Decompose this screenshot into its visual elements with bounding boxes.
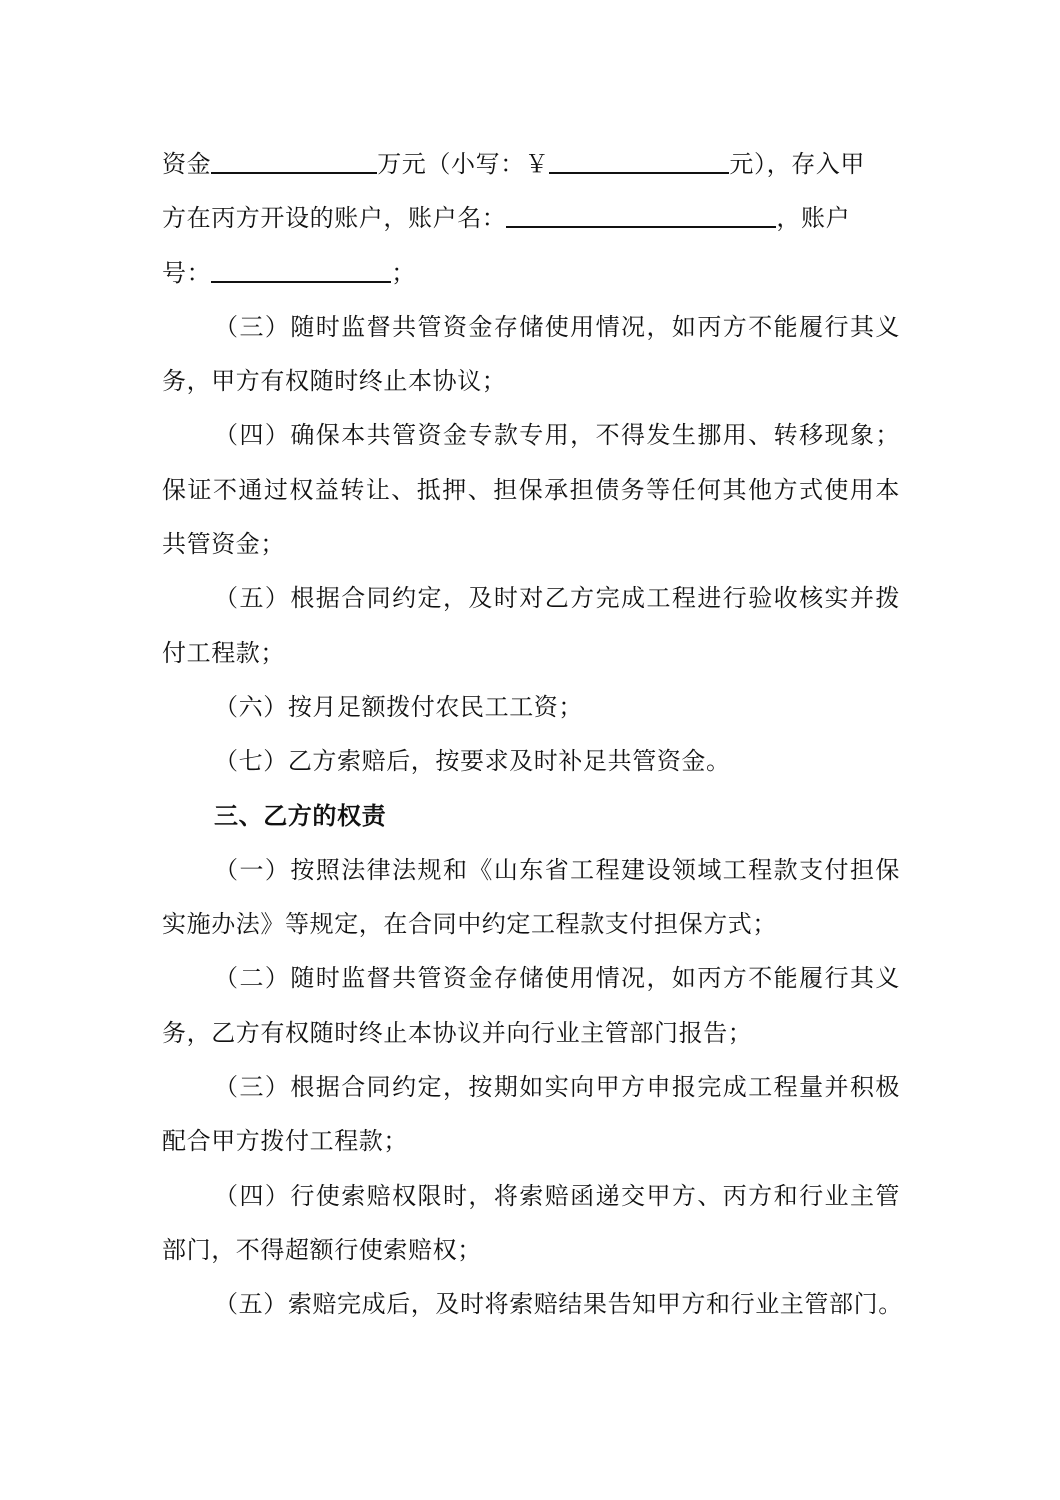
clause-text: 按月足额拨付农民工工资； <box>288 693 583 721</box>
text-line-account-number: 号：； <box>162 246 900 300</box>
clause-number: （七） <box>214 747 288 775</box>
clause-number: （五） <box>214 1290 288 1318</box>
fill-blank-account-number <box>211 259 391 283</box>
clause-b-2-line2: 务，乙方有权随时终止本协议并向行业主管部门报告； <box>162 1006 900 1060</box>
clause-b-3-line2: 配合甲方拨付工程款； <box>162 1114 900 1168</box>
clause-number: （三） <box>214 313 290 341</box>
fill-blank-amount-yuan <box>549 150 729 174</box>
clause-b-1-line2: 实施办法》等规定，在合同中约定工程款支付担保方式； <box>162 897 900 951</box>
text-line-account-name: 方在丙方开设的账户，账户名：，账户 <box>162 191 900 245</box>
text-segment: 元），存入甲 <box>729 150 865 178</box>
clause-b-4-line1: （四）行使索赔权限时，将索赔函递交甲方、丙方和行业主管 <box>162 1169 900 1223</box>
clause-a-7: （七）乙方索赔后，按要求及时补足共管资金。 <box>162 734 900 788</box>
clause-b-1-line1: （一）按照法律法规和《山东省工程建设领域工程款支付担保 <box>162 843 900 897</box>
text-segment: 方在丙方开设的账户，账户名： <box>162 204 506 232</box>
clause-text: 索赔完成后，及时将索赔结果告知甲方和行业主管部门。 <box>288 1290 903 1318</box>
clause-number: （四） <box>214 421 290 449</box>
fill-blank-account-name <box>506 204 776 228</box>
text-line-funds: 资金万元（小写：￥元），存入甲 <box>162 137 900 191</box>
text-segment: 号： <box>162 259 211 287</box>
clause-a-3-line2: 务，甲方有权随时终止本协议； <box>162 354 900 408</box>
clause-a-3-line1: （三）随时监督共管资金存储使用情况，如丙方不能履行其义 <box>162 300 900 354</box>
clause-a-5-line1: （五）根据合同约定，及时对乙方完成工程进行验收核实并拨 <box>162 571 900 625</box>
section-heading: 三、乙方的权责 <box>162 789 900 843</box>
clause-number: （六） <box>214 693 288 721</box>
clause-text: 行使索赔权限时，将索赔函递交甲方、丙方和行业主管 <box>290 1182 900 1210</box>
clause-text: 随时监督共管资金存储使用情况，如丙方不能履行其义 <box>290 313 900 341</box>
clause-b-3-line1: （三）根据合同约定，按期如实向甲方申报完成工程量并积极 <box>162 1060 900 1114</box>
clause-text: 随时监督共管资金存储使用情况，如丙方不能履行其义 <box>290 964 900 992</box>
clause-number: （一） <box>214 856 290 884</box>
clause-b-5: （五）索赔完成后，及时将索赔结果告知甲方和行业主管部门。 <box>162 1277 900 1331</box>
text-segment: 资金 <box>162 150 211 178</box>
fill-blank-amount-wan <box>211 150 377 174</box>
clause-a-6: （六）按月足额拨付农民工工资； <box>162 680 900 734</box>
clause-b-2-line1: （二）随时监督共管资金存储使用情况，如丙方不能履行其义 <box>162 951 900 1005</box>
clause-number: （四） <box>214 1182 290 1210</box>
clause-text: 根据合同约定，按期如实向甲方申报完成工程量并积极 <box>290 1073 900 1101</box>
clause-number: （三） <box>214 1073 290 1101</box>
clause-text: 根据合同约定，及时对乙方完成工程进行验收核实并拨 <box>290 584 900 612</box>
clause-text: 乙方索赔后，按要求及时补足共管资金。 <box>288 747 731 775</box>
text-segment: ； <box>391 259 416 287</box>
clause-text: 确保本共管资金专款专用，不得发生挪用、转移现象； <box>290 421 900 449</box>
clause-text: 按照法律法规和《山东省工程建设领域工程款支付担保 <box>290 856 900 884</box>
text-segment: 万元（小写：￥ <box>377 150 549 178</box>
clause-number: （五） <box>214 584 290 612</box>
document-page: 资金万元（小写：￥元），存入甲 方在丙方开设的账户，账户名：，账户 号：； （三… <box>162 137 900 1332</box>
clause-a-4-line1: （四）确保本共管资金专款专用，不得发生挪用、转移现象； <box>162 408 900 462</box>
clause-a-4-line2: 保证不通过权益转让、抵押、担保承担债务等任何其他方式使用本 <box>162 463 900 517</box>
clause-a-4-line3: 共管资金； <box>162 517 900 571</box>
clause-b-4-line2: 部门，不得超额行使索赔权； <box>162 1223 900 1277</box>
text-segment: ，账户 <box>776 204 850 232</box>
clause-number: （二） <box>214 964 290 992</box>
clause-a-5-line2: 付工程款； <box>162 626 900 680</box>
